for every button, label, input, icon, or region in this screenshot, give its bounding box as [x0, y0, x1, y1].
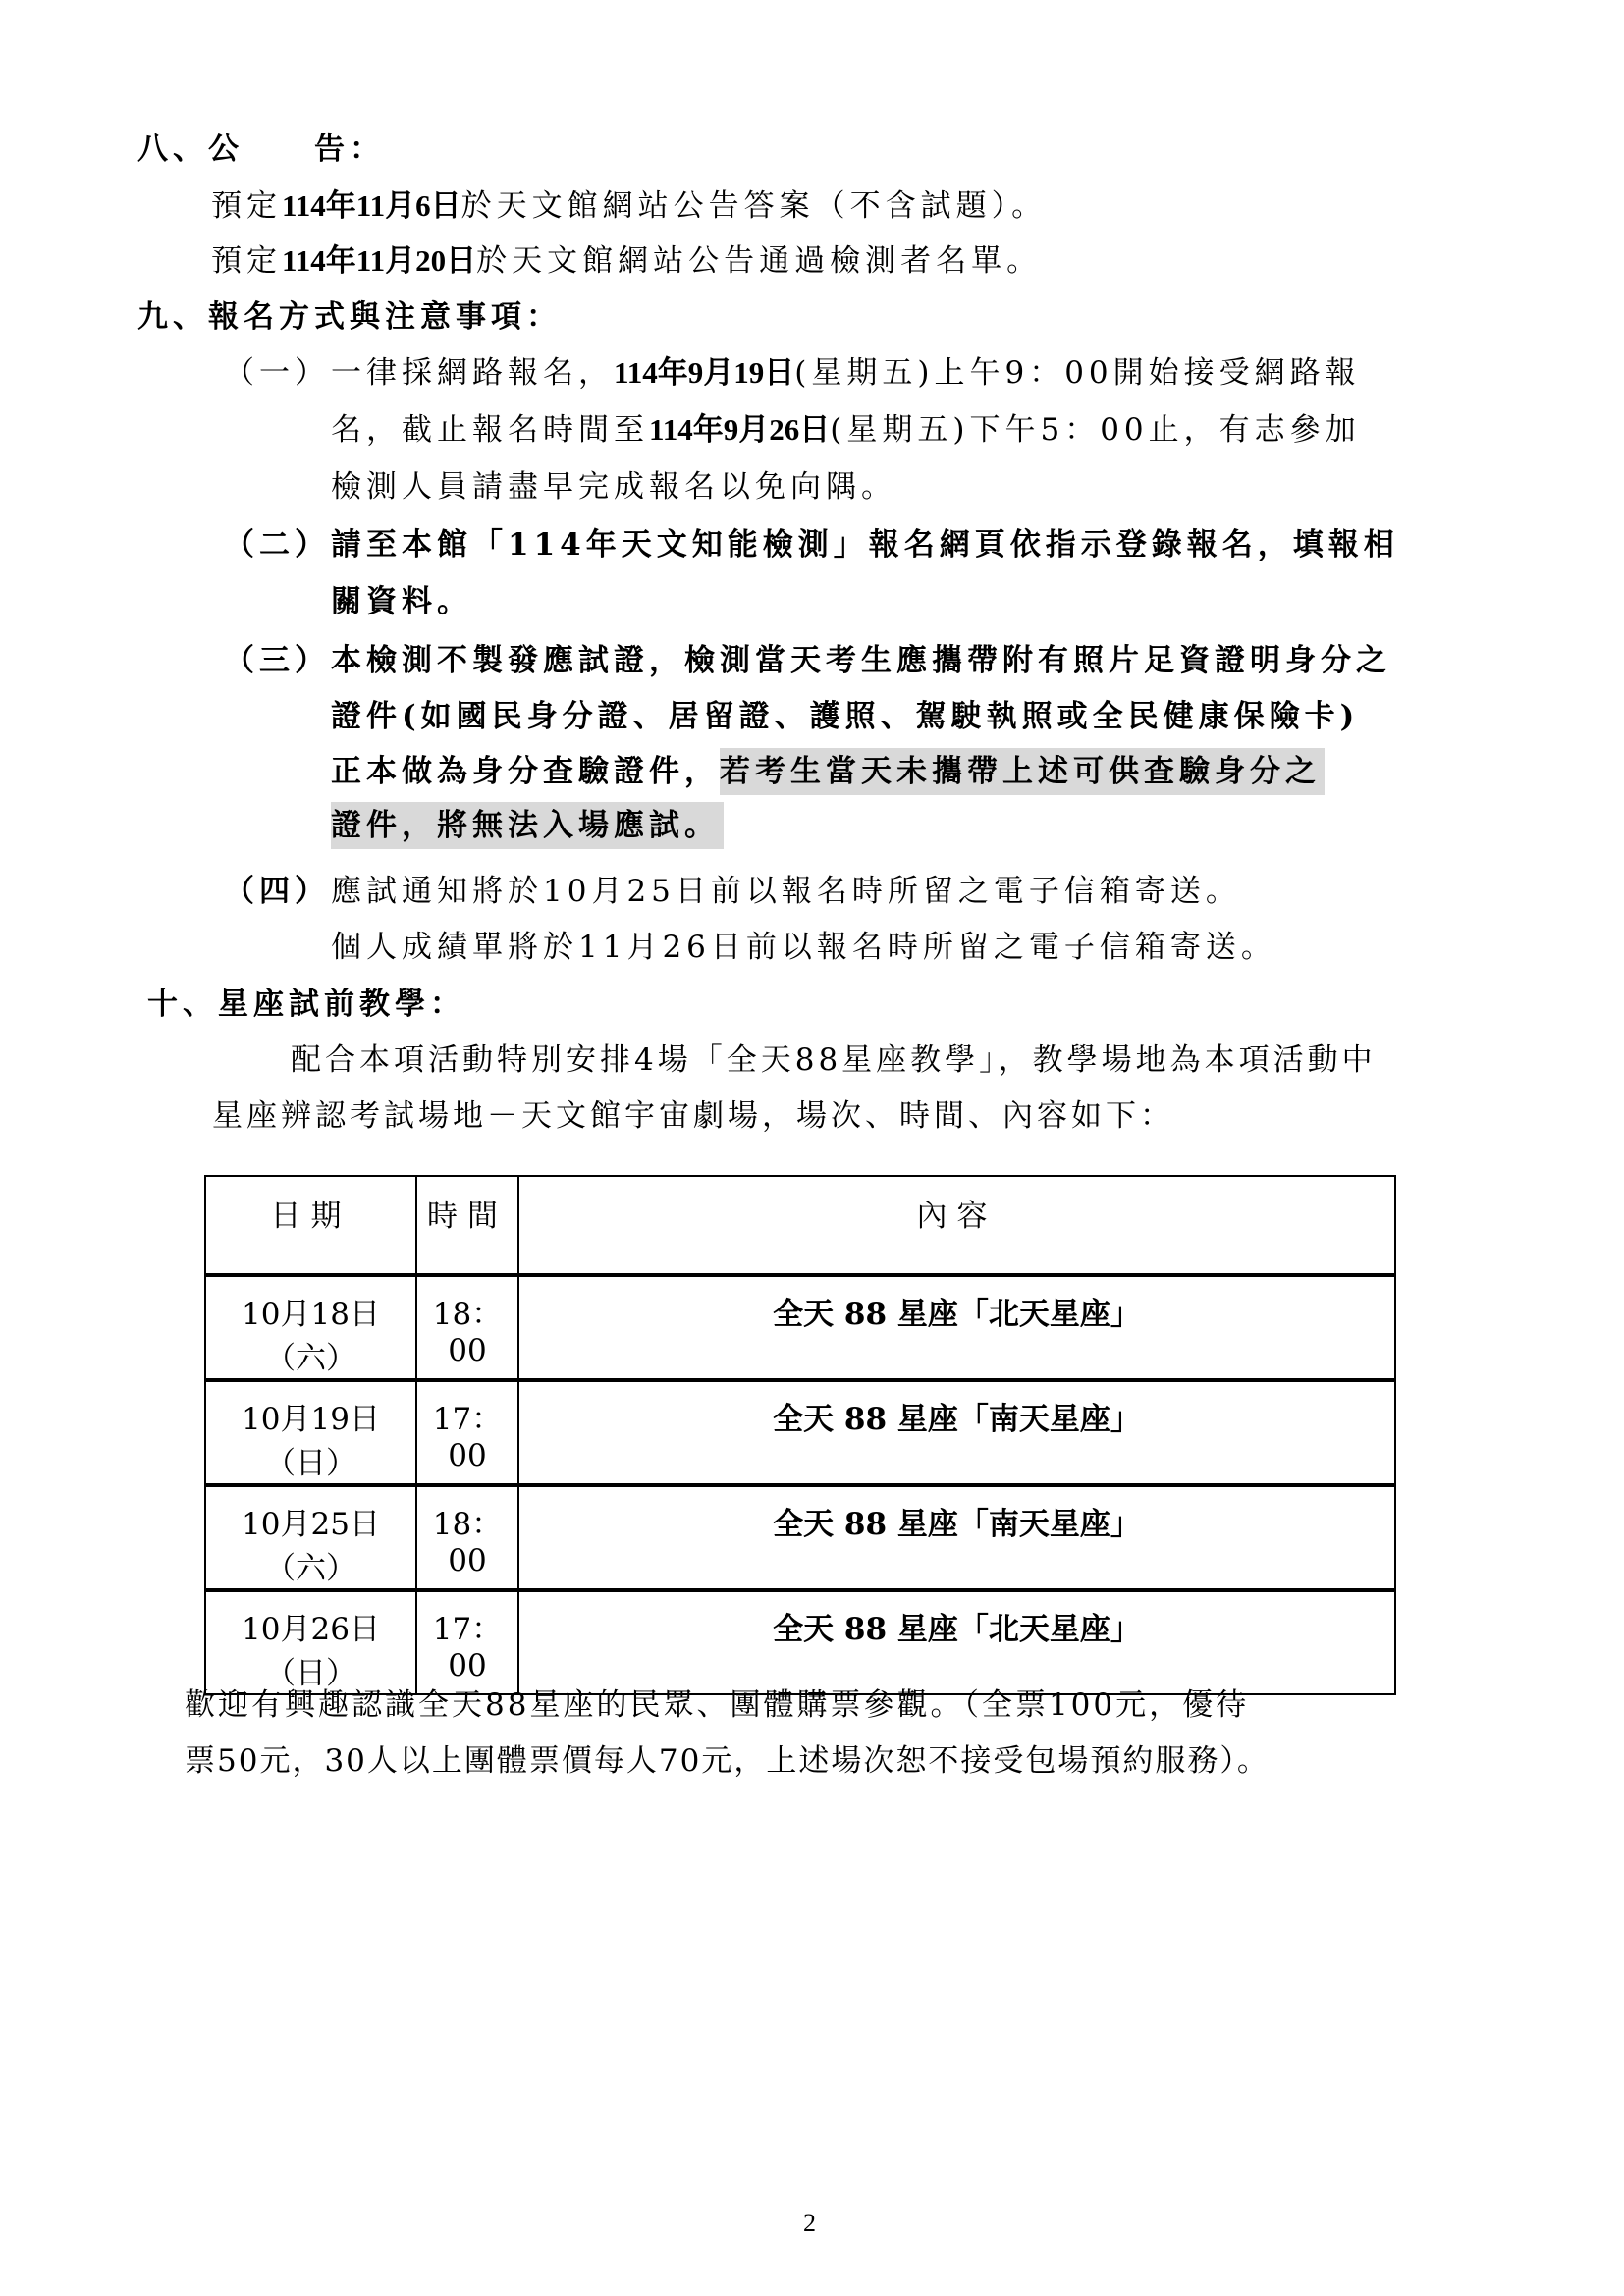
item-3-label: （三） [224, 641, 330, 680]
table-row: 10月19日（日） 17：00 全天 88 星座「南天星座」 [205, 1380, 1395, 1485]
section-10-intro-line1: 配合本項活動特別安排4場「全天88星座教學」，教學場地為本項活動中 [291, 1041, 1377, 1080]
highlighted-warning: 證件，將無法入場應試。 [331, 802, 724, 849]
table-row: 10月26日（日） 17：00 全天 88 星座「北天星座」 [205, 1590, 1395, 1694]
section-10-intro-line2: 星座辨認考試場地－天文館宇宙劇場，場次、時間、內容如下： [212, 1096, 1174, 1136]
table-row: 10月25日（六） 18：00 全天 88 星座「南天星座」 [205, 1485, 1395, 1590]
text: 一律採網路報名， [331, 355, 614, 391]
item-1-line1: 一律採網路報名，114年9月19日(星期五)上午9：00開始接受網路報 [331, 353, 1361, 393]
cell-content: 全天 88 星座「南天星座」 [518, 1380, 1395, 1485]
date: 114年11月20日 [282, 243, 476, 278]
item-1-label: （一） [224, 353, 330, 393]
item-4-line2: 個人成績單將於11月26日前以報名時所留之電子信箱寄送。 [331, 928, 1276, 967]
highlighted-warning: 若考生當天未攜帶上述可供查驗身分之 [720, 748, 1325, 795]
text: 名，截止報名時間至 [331, 412, 649, 448]
item-1-line2: 名，截止報名時間至114年9月26日(星期五)下午5：00止，有志參加 [331, 410, 1361, 450]
item-2-line2: 關資料。 [331, 582, 472, 621]
cell-time: 17：00 [416, 1380, 518, 1485]
cell-content: 全天 88 星座「南天星座」 [518, 1485, 1395, 1590]
table-row: 10月18日（六） 18：00 全天 88 星座「北天星座」 [205, 1275, 1395, 1380]
item-4-label: （四） [224, 872, 330, 911]
header-content: 內容 [518, 1176, 1395, 1275]
text: (星期五)下午5：00止，有志參加 [830, 412, 1360, 448]
cell-date: 10月26日（日） [205, 1590, 416, 1694]
text: 於天文館網站公告答案（不含試題）。 [461, 188, 1048, 224]
date: 114年9月26日 [649, 412, 830, 447]
item-2-label: （二） [224, 525, 330, 564]
item-4-line1: 應試通知將於10月25日前以報名時所留之電子信箱寄送。 [331, 872, 1241, 911]
text: 預定 [211, 188, 282, 224]
header-time: 時間 [416, 1176, 518, 1275]
schedule-table: 日期 時間 內容 10月18日（六） 18：00 全天 88 星座「北天星座」 … [204, 1175, 1396, 1695]
cell-time: 17：00 [416, 1590, 518, 1694]
date: 114年9月19日 [614, 355, 794, 390]
text: (星期五)上午9：00開始接受網路報 [794, 355, 1360, 391]
item-2-line1: 請至本館「114年天文知能檢測」報名網頁依指示登錄報名，填報相 [331, 525, 1399, 564]
cell-date: 10月25日（六） [205, 1485, 416, 1590]
section-9-heading: 九、報名方式與注意事項： [137, 297, 562, 337]
cell-content: 全天 88 星座「北天星座」 [518, 1275, 1395, 1380]
cell-date: 10月19日（日） [205, 1380, 416, 1485]
announcement-passers: 預定114年11月20日於天文館網站公告通過檢測者名單。 [211, 241, 1042, 281]
announcement-answers: 預定114年11月6日於天文館網站公告答案（不含試題）。 [211, 187, 1047, 226]
item-1-line3: 檢測人員請盡早完成報名以免向隅。 [331, 467, 896, 507]
table-header-row: 日期 時間 內容 [205, 1176, 1395, 1275]
text: 正本做為身分查驗證件， [331, 754, 720, 789]
text: 預定 [211, 243, 282, 279]
date: 114年11月6日 [282, 188, 461, 223]
item-3-line2: 證件(如國民身分證、居留證、護照、駕駛執照或全民健康保險卡) [331, 697, 1359, 736]
cell-time: 18：00 [416, 1485, 518, 1590]
ticket-note-line1: 歡迎有興趣認識全天88星座的民眾、團體購票參觀。（全票100元，優待 [185, 1685, 1249, 1725]
header-date: 日期 [205, 1176, 416, 1275]
section-8-heading: 八、公 告： [137, 130, 385, 169]
item-3-line1: 本檢測不製發應試證，檢測當天考生應攜帶附有照片足資證明身分之 [331, 641, 1391, 680]
cell-date: 10月18日（六） [205, 1275, 416, 1380]
text: 於天文館網站公告通過檢測者名單。 [476, 243, 1042, 279]
section-10-heading: 十、星座試前教學： [147, 985, 465, 1024]
page-number: 2 [803, 2209, 816, 2238]
item-3-line3: 正本做為身分查驗證件，若考生當天未攜帶上述可供查驗身分之 [331, 746, 1325, 797]
ticket-note-line2: 票50元，30人以上團體票價每人70元，上述場次恕不接受包場預約服務）。 [185, 1741, 1270, 1781]
cell-content: 全天 88 星座「北天星座」 [518, 1590, 1395, 1694]
cell-time: 18：00 [416, 1275, 518, 1380]
item-3-line4: 證件，將無法入場應試。 [331, 800, 724, 851]
